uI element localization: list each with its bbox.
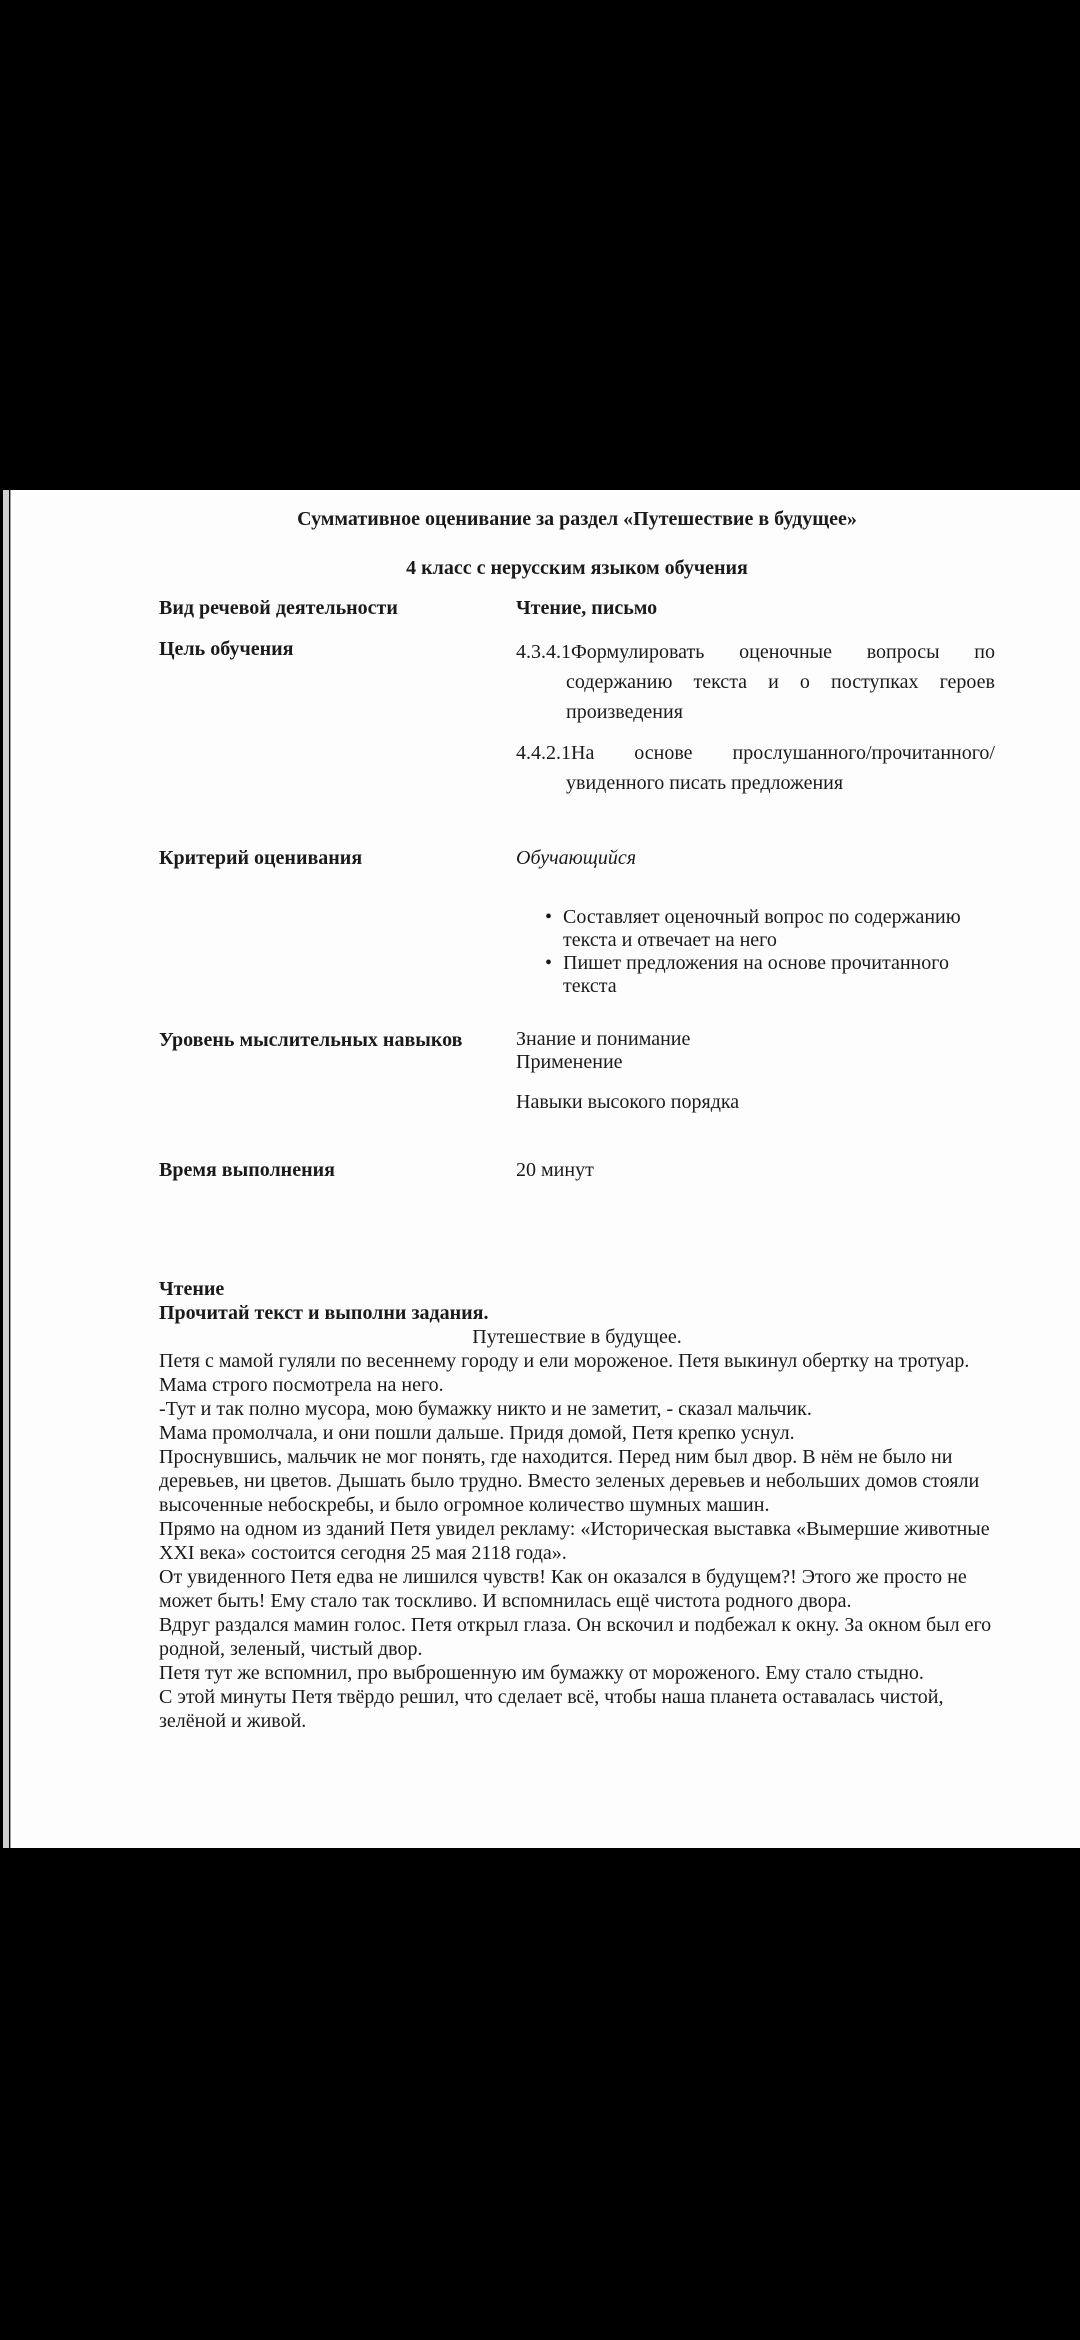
learning-objective-1: 4.3.4.1Формулировать оценочные вопросы п… (516, 637, 995, 727)
table-row-thinking-skills: Уровень мыслительных навыков Знание и по… (159, 1028, 995, 1114)
bullet-icon: • (545, 906, 552, 929)
learning-objective-2: 4.4.2.1На основе прослушанного/прочитанн… (516, 738, 995, 798)
table-row-duration: Время выполнения 20 минут (159, 1158, 995, 1182)
page-edge-strip (3, 490, 9, 1848)
row-value-assessment-criteria: Обучающийся • Составляет оценочный вопро… (516, 846, 995, 998)
story-paragraph: Петя с мамой гуляли по весеннему городу … (159, 1349, 995, 1397)
top-letterbox (0, 0, 1080, 490)
row-label-learning-objective: Цель обучения (159, 637, 516, 661)
row-value-learning-objective: 4.3.4.1Формулировать оценочные вопросы п… (516, 637, 995, 798)
row-value-thinking-skills: Знание и понимание Применение Навыки выс… (516, 1028, 995, 1114)
thinking-level-higher-order: Навыки высокого порядка (516, 1091, 995, 1114)
row-label-duration: Время выполнения (159, 1158, 516, 1182)
story-paragraph: С этой минуты Петя твёрдо решил, что сде… (159, 1685, 995, 1733)
thinking-level-application: Применение (516, 1051, 995, 1074)
story-paragraph: Петя тут же вспомнил, про выброшенную им… (159, 1661, 995, 1685)
row-label-speech-activity: Вид речевой деятельности (159, 596, 516, 620)
reading-instruction: Прочитай текст и выполни задания. (159, 1301, 995, 1325)
table-row-speech-activity: Вид речевой деятельности Чтение, письмо (159, 596, 995, 620)
table-row-learning-objective: Цель обучения 4.3.4.1Формулировать оцено… (159, 637, 995, 798)
bottom-letterbox (0, 1848, 1080, 2340)
row-value-speech-activity: Чтение, письмо (516, 596, 995, 620)
criteria-bullet-text: Пишет предложения на основе прочитанного… (563, 952, 949, 997)
thinking-levels: Знание и понимание Применение (516, 1028, 995, 1074)
criteria-subject: Обучающийся (516, 846, 995, 870)
story-title: Путешествие в будущее. (159, 1325, 995, 1349)
story-paragraph: Прямо на одном из зданий Петя увидел рек… (159, 1517, 995, 1565)
story-paragraph: Проснувшись, мальчик не мог понять, где … (159, 1445, 995, 1517)
criteria-bullet-text: Составляет оценочный вопрос по содержани… (563, 906, 961, 951)
document-subtitle: 4 класс с нерусским языком обучения (159, 556, 995, 580)
criteria-bullet-list: • Составляет оценочный вопрос по содержа… (516, 906, 995, 998)
phone-screen: Суммативное оценивание за раздел «Путеше… (0, 0, 1080, 2340)
story-paragraph: Вдруг раздался мамин голос. Петя открыл … (159, 1613, 995, 1661)
criteria-bullet-item: • Пишет предложения на основе прочитанно… (516, 952, 995, 998)
table-row-assessment-criteria: Критерий оценивания Обучающийся • Состав… (159, 846, 995, 998)
document-page[interactable]: Суммативное оценивание за раздел «Путеше… (10, 490, 1080, 1848)
thinking-level-knowledge: Знание и понимание (516, 1028, 995, 1051)
assessment-spec-table: Вид речевой деятельности Чтение, письмо … (159, 596, 995, 1182)
row-label-thinking-skills: Уровень мыслительных навыков (159, 1028, 516, 1052)
row-label-assessment-criteria: Критерий оценивания (159, 846, 516, 870)
criteria-bullet-item: • Составляет оценочный вопрос по содержа… (516, 906, 995, 952)
story-paragraph: От увиденного Петя едва не лишился чувст… (159, 1565, 995, 1613)
story-text: Путешествие в будущее. Петя с мамой гуля… (159, 1325, 995, 1733)
reading-section-heading: Чтение (159, 1277, 995, 1301)
bullet-icon: • (545, 952, 552, 975)
story-paragraph: Мама промолчала, и они пошли дальше. При… (159, 1421, 995, 1445)
document-title: Суммативное оценивание за раздел «Путеше… (159, 507, 995, 531)
story-paragraph: -Тут и так полно мусора, мою бумажку ник… (159, 1397, 995, 1421)
document-content: Суммативное оценивание за раздел «Путеше… (159, 490, 995, 1733)
row-value-duration: 20 минут (516, 1158, 995, 1182)
